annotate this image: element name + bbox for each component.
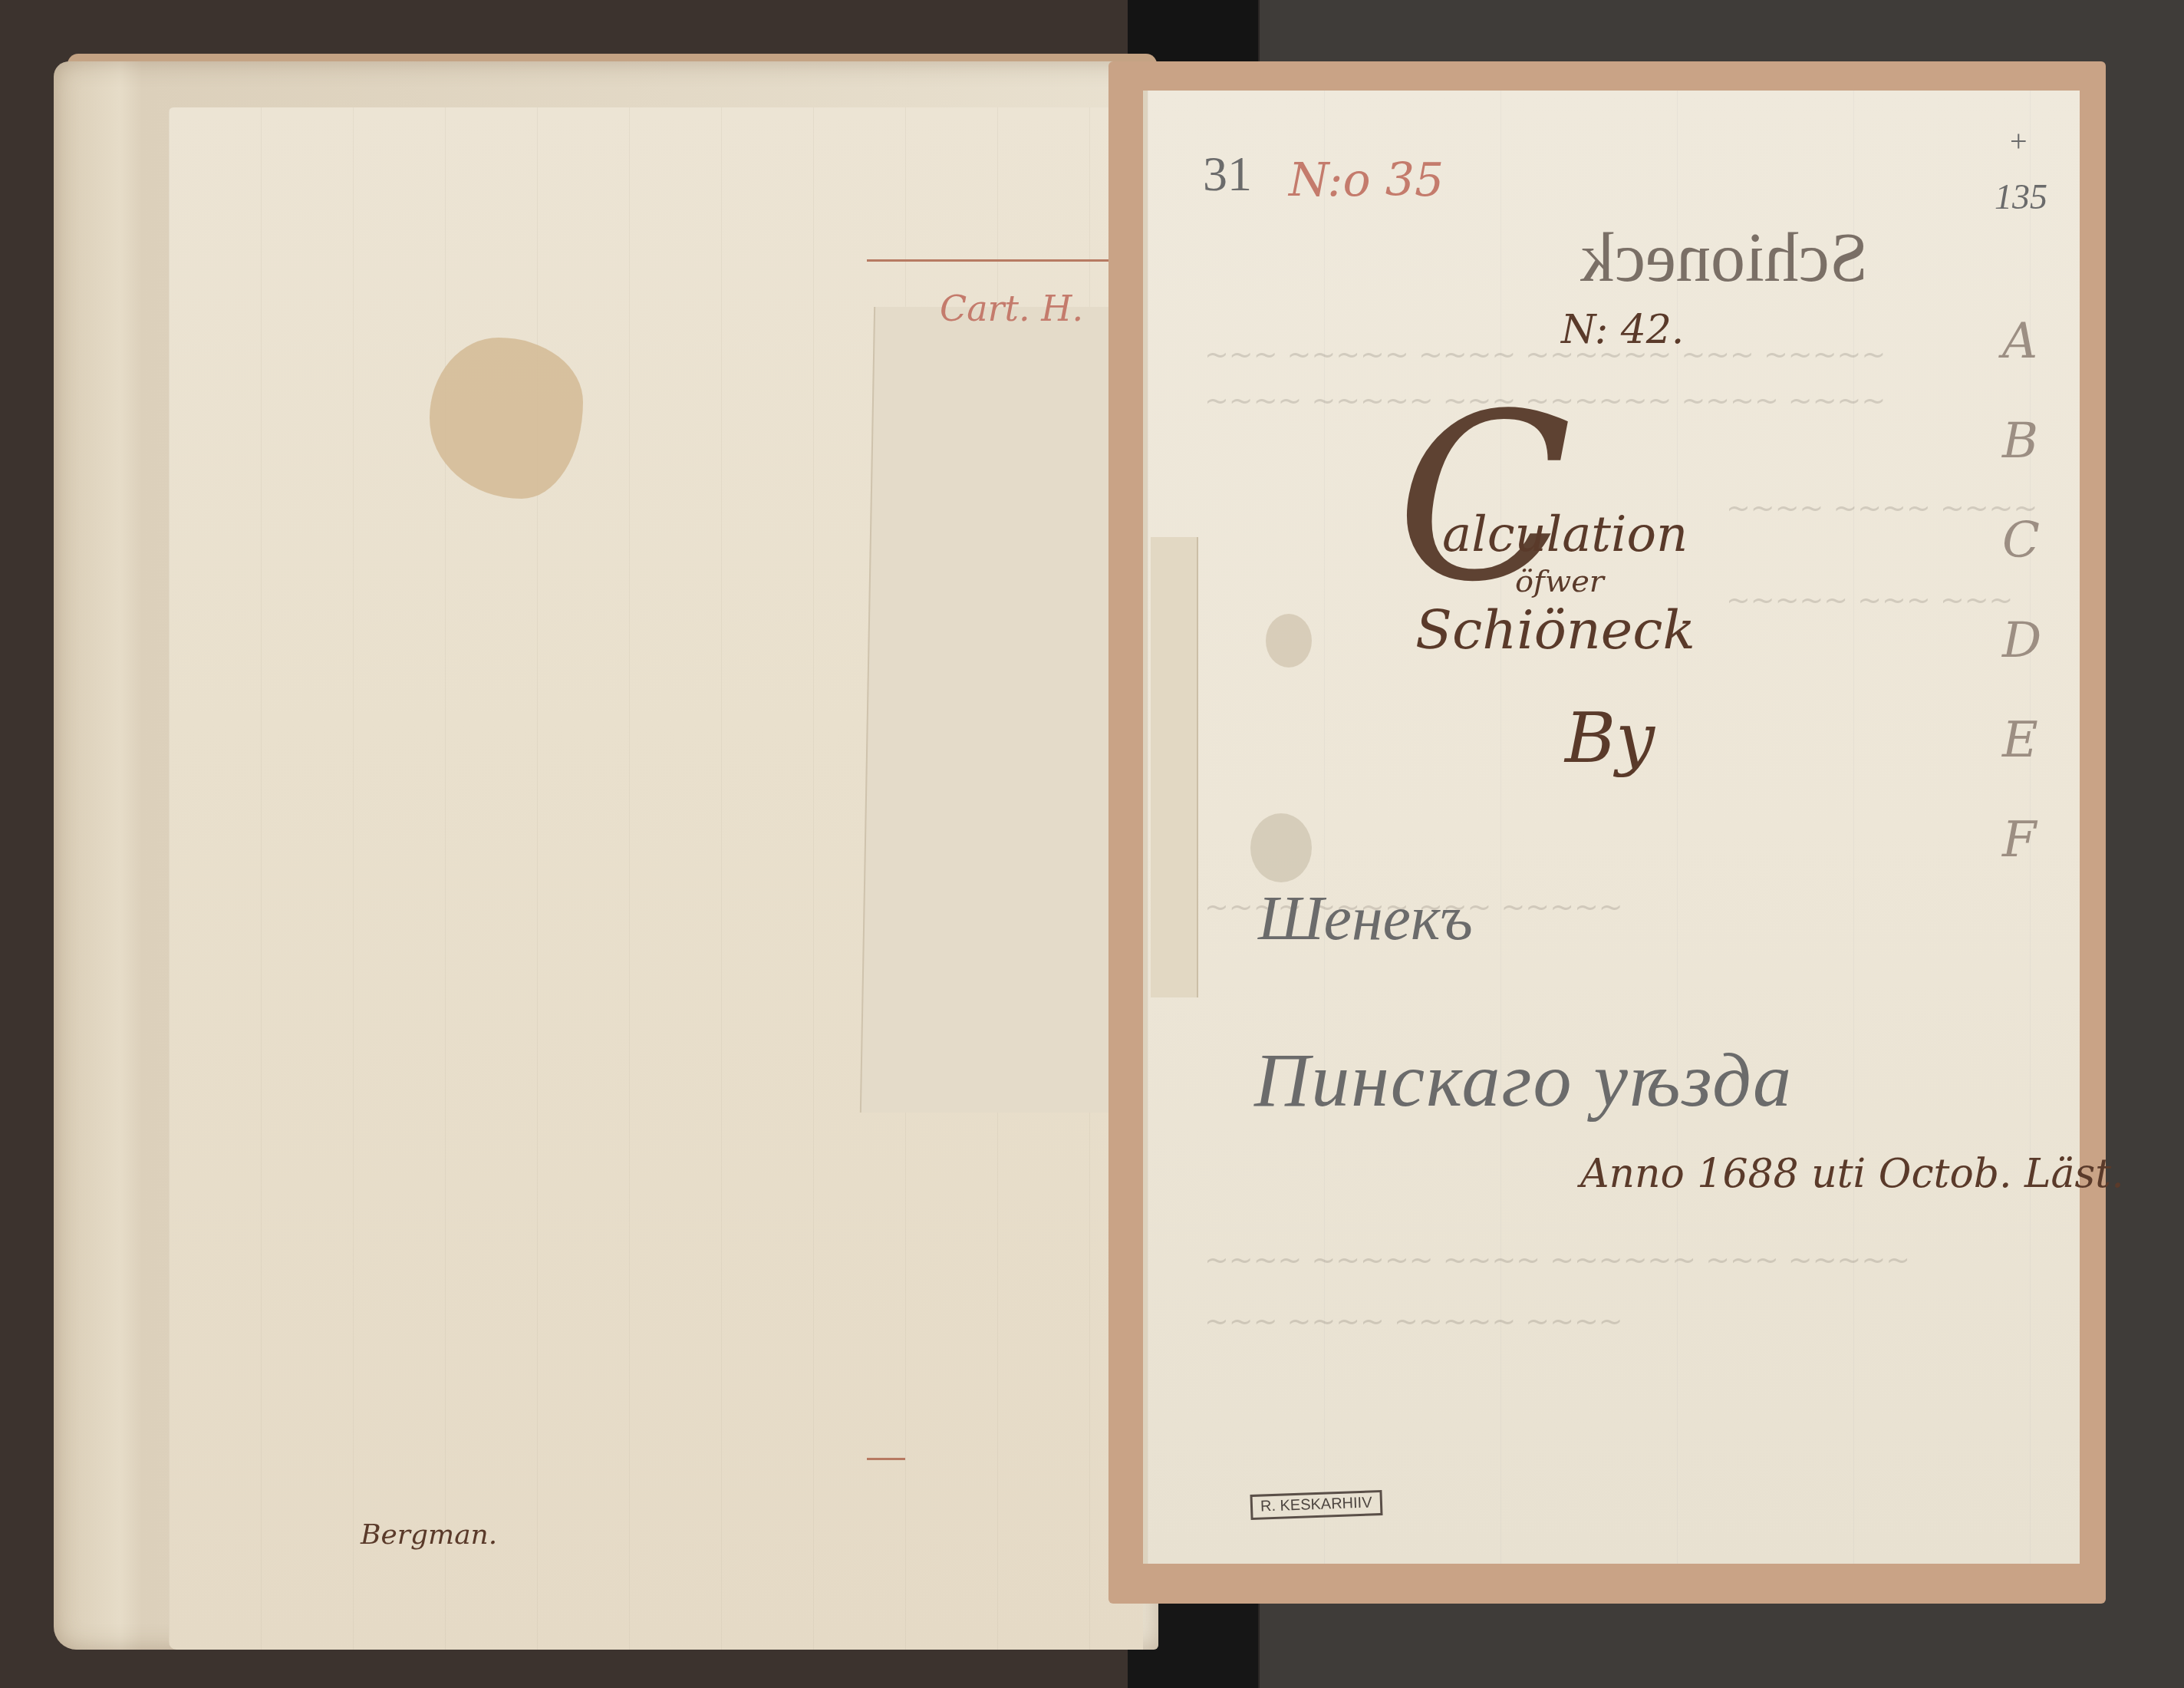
margin-letter: D <box>2002 591 2041 691</box>
smudge-1 <box>1266 614 1312 668</box>
margin-letter: B <box>2002 391 2041 491</box>
cross-mark: + <box>2010 123 2028 159</box>
title-line-3: Schiöneck <box>1415 598 1695 661</box>
russian-annotation-line-2: Пинскаго уѣзда <box>1254 1036 1793 1124</box>
mirrored-header-bleed: Schioneck <box>1580 219 1868 298</box>
date-line: Anno 1688 uti Octob. Läst. <box>1580 1151 2124 1197</box>
margin-letters: A B C D E F <box>2002 292 2041 890</box>
bleed-through-line: ~~~~ ~~~~~ ~~~~ ~~~~~~ ~~~ ~~~~~ <box>1204 1243 1910 1277</box>
folio-number-pencil: 31 <box>1203 146 1252 203</box>
item-number: N: 42. <box>1561 307 1684 353</box>
left-fragment-text: Cart. H. <box>940 288 1083 329</box>
red-rule-bottom <box>867 1458 905 1460</box>
folio-number-top-right: 135 <box>1995 176 2047 217</box>
margin-letter: A <box>2002 292 2041 391</box>
title-line-4: By <box>1565 698 1655 779</box>
bergman-signature: Bergman. <box>361 1519 497 1551</box>
title-line-1: alculation <box>1442 506 1688 563</box>
russian-annotation-line-1: Шенекъ <box>1258 882 1473 954</box>
title-line-2: öfwer <box>1515 564 1604 599</box>
smudge-2 <box>1250 813 1312 882</box>
red-item-number: N:o 35 <box>1289 153 1444 207</box>
bleed-through-line: ~~~ ~~~~ ~~~~~ ~~~~ <box>1204 1304 1623 1338</box>
archive-stamp: R. KESKARHIIV <box>1250 1490 1382 1520</box>
margin-letter: E <box>2002 691 2041 790</box>
inserted-tab <box>1151 537 1198 997</box>
red-rule-top <box>867 259 1128 262</box>
margin-letter: F <box>2002 790 2041 890</box>
bleed-through-line: ~~~~ ~~~~ ~~~~ <box>1726 491 2037 525</box>
margin-letter: C <box>2002 491 2041 591</box>
bleed-through-line: ~~~~~ ~~~ ~~~ <box>1726 583 2013 617</box>
